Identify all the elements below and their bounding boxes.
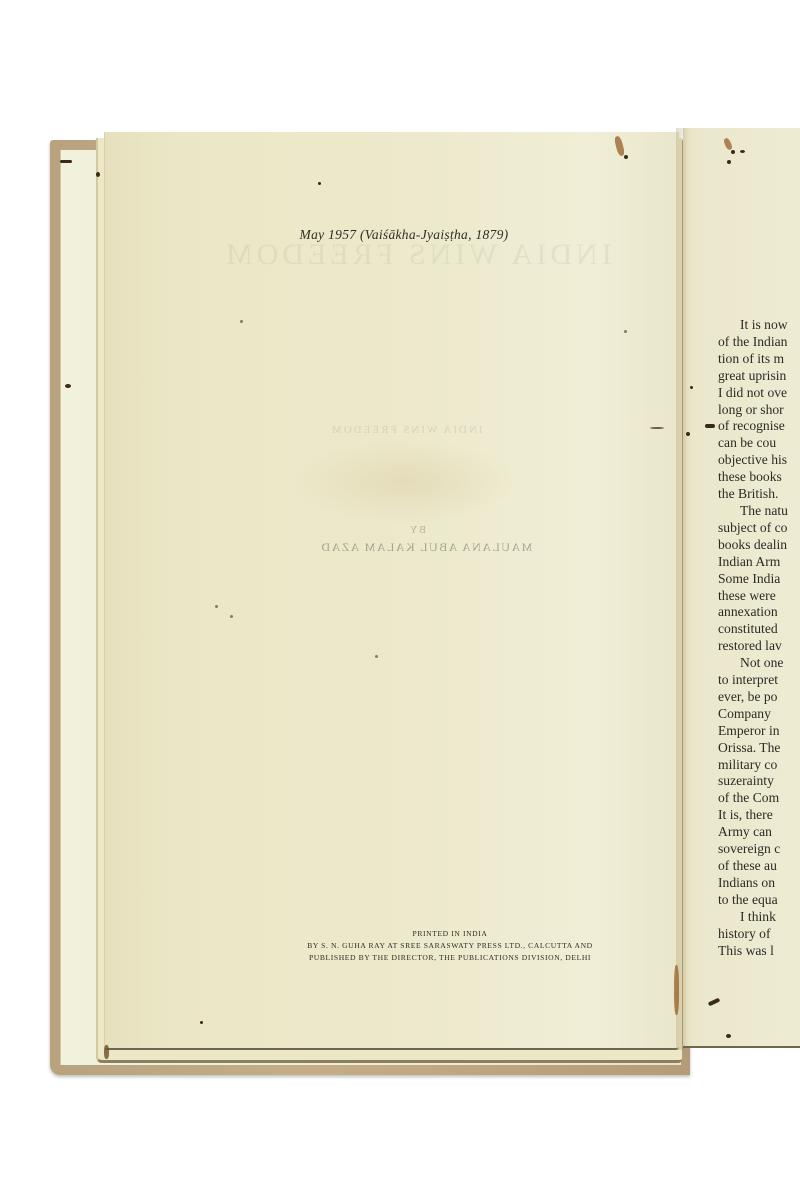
- text-line: Army can: [718, 824, 800, 841]
- text-line: It is, there: [718, 807, 800, 824]
- foxing-spot: [690, 386, 693, 389]
- text-line: Not one: [718, 655, 800, 672]
- foxing-spot: [375, 655, 378, 658]
- text-line: suzerainty: [718, 773, 800, 790]
- foxing-spot: [230, 615, 233, 618]
- text-line: Indian Arm: [718, 554, 800, 571]
- text-line: The natu: [718, 503, 800, 520]
- text-line: Emperor in: [718, 723, 800, 740]
- text-line: subject of co: [718, 520, 800, 537]
- foxing-spot: [731, 150, 735, 154]
- text-line: great uprisin: [718, 368, 800, 385]
- foxing-spot: [624, 155, 628, 159]
- text-line: Some India: [718, 571, 800, 588]
- foxing-spot: [200, 1021, 203, 1024]
- text-line: restored lav: [718, 638, 800, 655]
- rust-stain: [104, 1045, 109, 1059]
- text-line: I did not ove: [718, 385, 800, 402]
- text-line: annexation: [718, 604, 800, 621]
- text-line: books dealin: [718, 537, 800, 554]
- preface-text: It is now of the Indian tion of its m gr…: [718, 317, 800, 959]
- text-line: these books: [718, 469, 800, 486]
- bleed-through-author: MAULANA ABUL KALAM AZAD: [320, 540, 532, 555]
- bleed-through-title: INDIA WINS FREEDOM: [222, 238, 612, 272]
- imprint-line-3: Published by the Director, The Publicati…: [270, 952, 630, 964]
- foxing-spot: [215, 605, 218, 608]
- text-line: can be cou: [718, 435, 800, 452]
- text-line: these were: [718, 588, 800, 605]
- text-line: of these au: [718, 858, 800, 875]
- text-line: of the Indian: [718, 334, 800, 351]
- text-line: long or shor: [718, 402, 800, 419]
- text-line: This was l: [718, 943, 800, 960]
- foxing-spot: [624, 330, 627, 333]
- text-line: constituted: [718, 621, 800, 638]
- bleed-through-by: BY: [408, 525, 426, 536]
- publication-date-line: May 1957 (Vaiśākha-Jyaiṣṭha, 1879): [104, 227, 674, 243]
- foxing-spot: [740, 150, 745, 153]
- text-line: Company: [718, 706, 800, 723]
- printer-imprint: Printed in India By S. N. Guha Ray at Sr…: [270, 928, 630, 964]
- foxing-spot: [60, 160, 72, 163]
- text-line: history of: [718, 926, 800, 943]
- foxing-spot: [726, 1034, 731, 1038]
- foxing-spot: [650, 427, 664, 429]
- text-line: sovereign c: [718, 841, 800, 858]
- text-line: ever, be po: [718, 689, 800, 706]
- text-line: I think: [718, 909, 800, 926]
- foxing-spot: [240, 320, 243, 323]
- text-line: the British.: [718, 486, 800, 503]
- imprint-line-1: Printed in India: [270, 928, 630, 940]
- text-line: tion of its m: [718, 351, 800, 368]
- text-line: to the equa: [718, 892, 800, 909]
- foxing-spot: [705, 424, 715, 428]
- foxing-spot: [96, 172, 100, 177]
- text-line: to interpret: [718, 672, 800, 689]
- book-gutter: [676, 128, 688, 1050]
- rust-stain: [674, 965, 679, 1015]
- foxing-spot: [65, 384, 71, 388]
- text-line: military co: [718, 757, 800, 774]
- text-line: of the Com: [718, 790, 800, 807]
- imprint-line-2: By S. N. Guha Ray at Sree Saraswaty Pres…: [270, 940, 630, 952]
- foxing-spot: [727, 160, 731, 164]
- bleed-through-subtitle: INDIA WINS FREEDOM: [330, 424, 483, 436]
- text-line: objective his: [718, 452, 800, 469]
- text-line: Indians on: [718, 875, 800, 892]
- foxing-spot: [318, 182, 321, 185]
- text-line: It is now: [718, 317, 800, 334]
- text-line: Orissa. The: [718, 740, 800, 757]
- text-line: of recognise: [718, 418, 800, 435]
- foxing-spot: [686, 432, 690, 436]
